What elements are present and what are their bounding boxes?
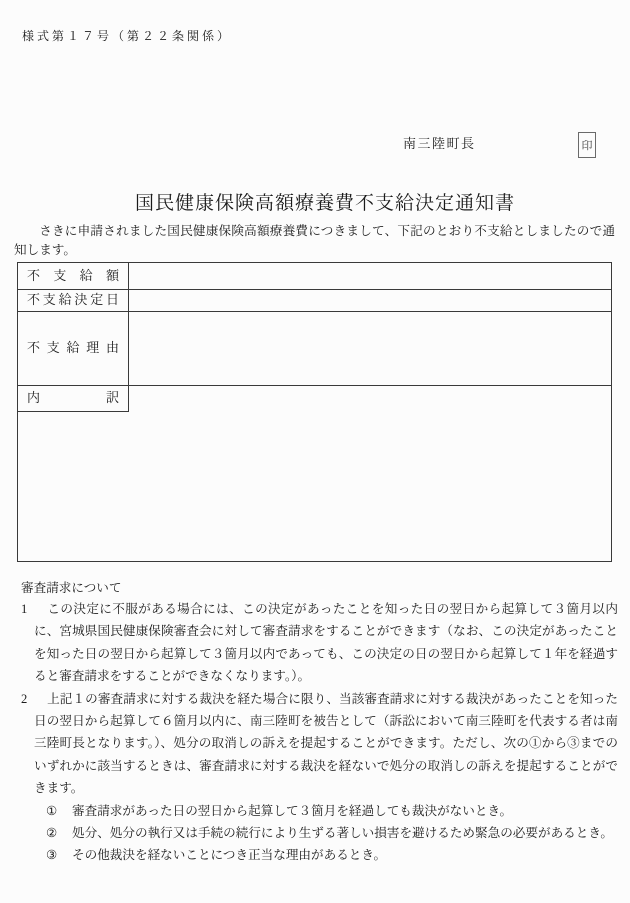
document-title: 国民健康保険高額療養費不支給決定通知書	[20, 188, 630, 215]
row-value-amount	[130, 263, 611, 289]
appeal-notice-section: 審査請求について 1この決定に不服がある場合には、この決定があったことを知った日…	[21, 579, 618, 867]
row-value-decision-date	[130, 289, 611, 311]
appeal-item-2-number: 2	[21, 688, 47, 710]
appeal-subitem-3-number: ③	[46, 844, 72, 866]
document-page: 様式第１７号（第２２条関係） 南三陸町長 印 国民健康保険高額療養費不支給決定通…	[0, 0, 630, 903]
appeal-item-1-number: 1	[21, 598, 47, 620]
appeal-subitem-3: ③その他裁決を経ないことにつき正当な理由があるとき。	[46, 844, 618, 866]
table-rule	[18, 411, 129, 412]
appeal-item-1: 1この決定に不服がある場合には、この決定があったことを知った日の翌日から起算して…	[21, 598, 618, 688]
form-number: 様式第１７号（第２２条関係）	[22, 27, 232, 44]
appeal-subitem-2: ②処分、処分の執行又は手続の続行により生ずる著しい損害を避けるため緊急の必要があ…	[46, 822, 618, 844]
appeal-item-2-text: 上記１の審査請求に対する裁決を経た場合に限り、当該審査請求に対する裁決があったこ…	[34, 692, 618, 796]
row-label-amount: 不支給額	[18, 263, 129, 289]
row-label-decision-date: 不支給決定日	[18, 289, 129, 311]
intro-paragraph: さきに申請されました国民健康保険高額療養費につきまして、下記のとおり不支給としま…	[14, 222, 615, 260]
seal-box: 印	[578, 132, 596, 158]
row-value-breakdown	[130, 385, 611, 563]
row-label-breakdown: 内訳	[18, 385, 129, 411]
appeal-item-1-text: この決定に不服がある場合には、この決定があったことを知った日の翌日から起算して３…	[34, 602, 618, 683]
appeal-item-2: 2上記１の審査請求に対する裁決を経た場合に限り、当該審査請求に対する裁決があった…	[21, 688, 618, 800]
appeal-subitem-1-text: 審査請求があった日の翌日から起算して３箇月を経過しても裁決がないとき。	[72, 804, 512, 818]
appeal-subitem-3-text: その他裁決を経ないことにつき正当な理由があるとき。	[72, 848, 386, 862]
row-label-reason: 不支給理由	[18, 311, 129, 385]
row-value-reason	[130, 311, 611, 385]
issuer-name: 南三陸町長	[403, 133, 476, 152]
appeal-section-heading: 審査請求について	[21, 579, 618, 598]
appeal-subitem-2-text: 処分、処分の執行又は手続の続行により生ずる著しい損害を避けるため緊急の必要がある…	[72, 826, 613, 840]
appeal-subitem-1: ①審査請求があった日の翌日から起算して３箇月を経過しても裁決がないとき。	[46, 800, 618, 822]
appeal-subitem-1-number: ①	[46, 800, 72, 822]
benefit-decision-table: 不支給額 不支給決定日 不支給理由 内訳	[17, 262, 612, 562]
appeal-subitem-2-number: ②	[46, 822, 72, 844]
